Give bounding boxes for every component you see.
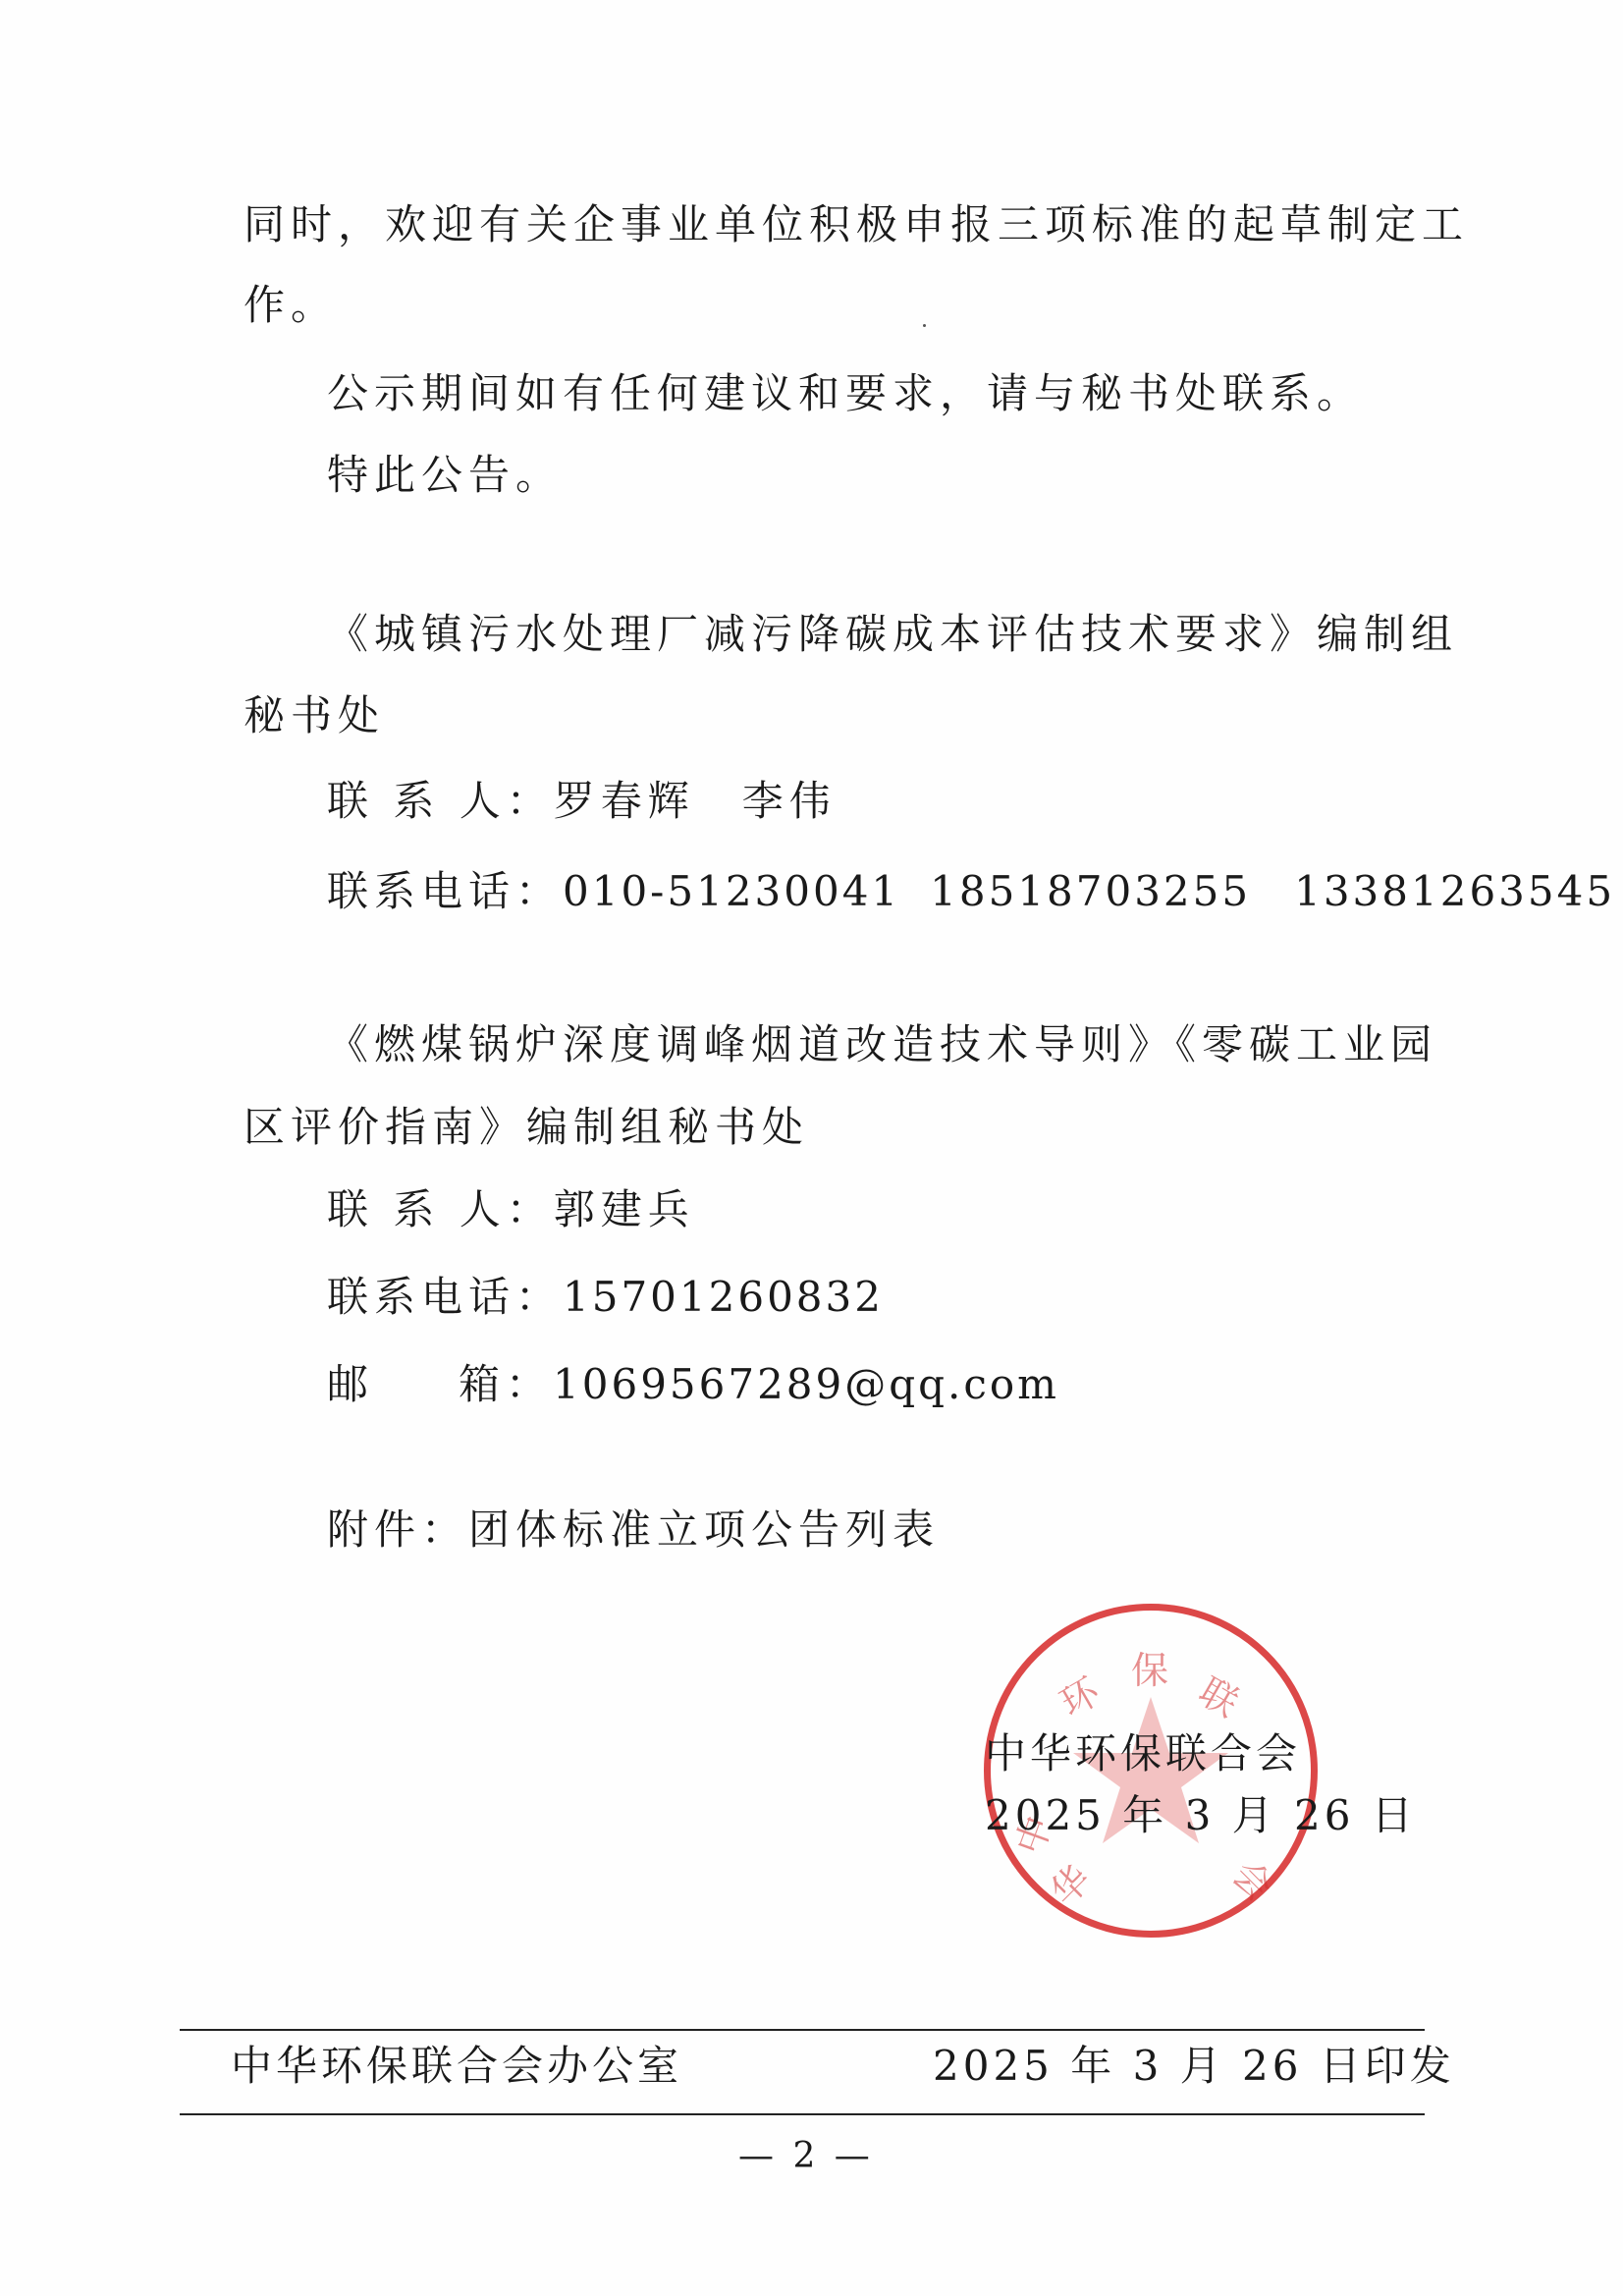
group1-title-line-2: 秘书处: [243, 695, 385, 737]
phone-value-1: 15701260832: [563, 1273, 884, 1321]
contact-person-label: 联 系 人：: [327, 1185, 554, 1233]
group2-email-row: 邮箱：1069567289@qq.com: [327, 1364, 1059, 1405]
phone-value-1: 010-51230041: [563, 867, 900, 915]
footer-issuer: 中华环保联合会办公室: [231, 2046, 682, 2087]
contact-person-label: 联 系 人：: [327, 777, 554, 825]
group2-title-line-2: 区评价指南》编制组秘书处: [243, 1107, 809, 1148]
email-value: 1069567289@qq.com: [553, 1360, 1059, 1408]
footer-issue-date: 2025 年 3 月 26 日印发: [933, 2046, 1455, 2087]
paragraph-1-line-1: 同时，欢迎有关企事业单位积极申报三项标准的起草制定工: [243, 204, 1469, 246]
contact-person-value: 罗春辉 李伟: [554, 777, 837, 825]
email-label-part-1: 邮: [327, 1360, 374, 1408]
footer-top-rule: [180, 2029, 1425, 2031]
page-number: — 2 —: [738, 2139, 874, 2174]
footer-bottom-rule: [180, 2113, 1425, 2115]
phone-value-3: 13381263545: [1294, 867, 1615, 915]
phone-label: 联系电话：: [327, 867, 563, 915]
group2-phone-row: 联系电话：15701260832: [327, 1277, 884, 1318]
group1-title-line-1: 《城镇污水处理厂减污降碳成本评估技术要求》编制组: [327, 614, 1458, 655]
contact-person-value: 郭建兵: [554, 1185, 695, 1233]
seal-char: 保: [1131, 1640, 1168, 1694]
phone-label: 联系电话：: [327, 1273, 563, 1321]
signature-organization: 中华环保联合会: [985, 1733, 1301, 1775]
group2-contact-person-row: 联 系 人：郭建兵: [327, 1189, 695, 1230]
attachment-title: 团体标准立项公告列表: [468, 1505, 940, 1554]
signature-date: 2025 年 3 月 26 日: [985, 1795, 1417, 1836]
paragraph-3: 特此公告。: [327, 455, 563, 496]
email-label-part-2: 箱：: [459, 1360, 553, 1408]
paragraph-2: 公示期间如有任何建议和要求，请与秘书处联系。: [327, 373, 1364, 414]
scan-speck: [923, 324, 926, 327]
attachment-label: 附件：: [327, 1505, 468, 1554]
paragraph-1-line-2: 作。: [243, 285, 338, 326]
group2-title-line-1: 《燃煤锅炉深度调峰烟道改造技术导则》《零碳工业园: [327, 1024, 1437, 1066]
document-page: 同时，欢迎有关企事业单位积极申报三项标准的起草制定工 作。 公示期间如有任何建议…: [0, 0, 1623, 2296]
group1-contact-person-row: 联 系 人：罗春辉 李伟: [327, 781, 837, 822]
group1-phone-row: 联系电话：010-512300411851870325513381263545: [327, 871, 1615, 912]
phone-value-2: 18518703255: [930, 867, 1251, 915]
attachment-row: 附件：团体标准立项公告列表: [327, 1509, 940, 1551]
